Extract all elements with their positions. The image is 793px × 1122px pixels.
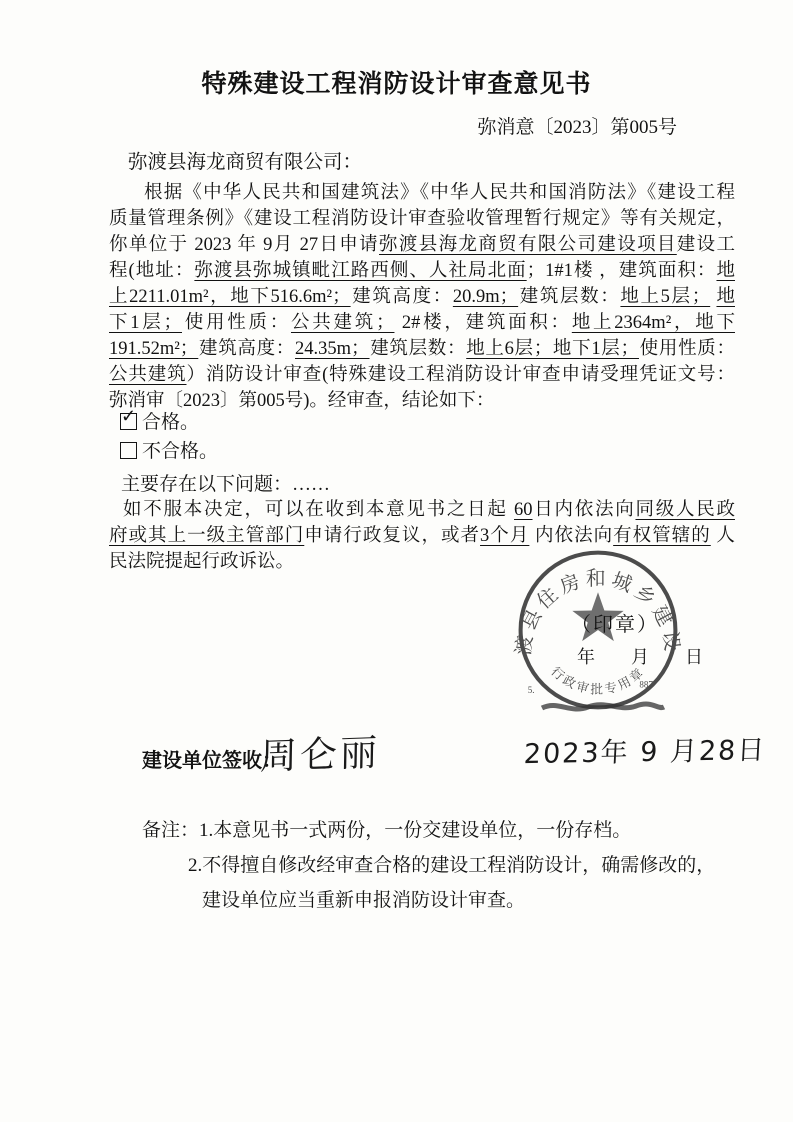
notes: 备注：1.本意见书一式两份，一份交建设单位，一份存档。2.不得擅自修改经审查合格… (142, 813, 742, 918)
text-line: 根据《中华人民共和国建筑法》《中华人民共和国消防法》《建设工程 (109, 180, 735, 206)
text-line: 上2211.01m²，地下516.6m²；建筑高度：20.9m；建筑层数：地上5… (109, 284, 735, 310)
body-paragraph: 根据《中华人民共和国建筑法》《中华人民共和国消防法》《建设工程质量管理条例》《建… (109, 180, 735, 414)
note-line: 建设单位应当重新申报消防设计审查。 (202, 883, 742, 918)
text-segment: 建筑高度： (351, 287, 453, 307)
text-segment: 申请行政复议，或者 (304, 526, 480, 546)
filled-in-value: 地 (716, 261, 735, 281)
conclusion-options: ✓合格。不合格。 (120, 408, 218, 466)
seal-date-line: 年 月 日 (577, 643, 703, 669)
text-segment: 使用性质： (182, 313, 291, 333)
filled-in-value: 同级人民政 (635, 500, 734, 520)
text-segment: 建筑层数： (370, 339, 467, 359)
conclusion-option-label: 合格。 (142, 412, 199, 433)
filled-in-value: 弥渡县弥城镇毗江路西侧、人社局北面 (194, 261, 526, 281)
filled-in-value: 24.35m； (295, 339, 370, 359)
seal-serial-right: 887 (639, 680, 653, 690)
text-segment: 建筑高度： (198, 339, 295, 359)
filled-in-value: 地上6层；地下1层； (466, 339, 639, 359)
check-mark-icon: ✓ (121, 410, 136, 423)
text-segment: 2#楼，建筑面积： (394, 313, 571, 333)
conclusion-option: ✓合格。 (120, 408, 218, 437)
filled-in-value: 20.9m； (453, 287, 518, 307)
checked-checkbox-icon: ✓ (120, 413, 137, 430)
text-line: 质量管理条例》《建设工程消防设计审查验收管理暂行规定》等有关规定， (109, 206, 735, 232)
problems-line: 主要存在以下问题：…… (121, 469, 330, 496)
text-segment: 民法院提起行政诉讼。 (109, 552, 294, 572)
conclusion-option-label: 不合格。 (142, 441, 218, 462)
text-segment: 建筑层数： (518, 287, 620, 307)
text-segment: 建设工 (677, 235, 735, 255)
text-segment: 如不服本决定，可以在收到本意见书之日起 (123, 500, 514, 520)
note-line: 备注：1.本意见书一式两份，一份交建设单位，一份存档。 (142, 813, 742, 848)
filled-in-value: 地 (716, 287, 735, 307)
conclusion-option: 不合格。 (120, 437, 218, 466)
text-line: 程(地址：弥渡县弥城镇毗江路西侧、人社局北面；1#1楼 ，建筑面积：地 (109, 258, 735, 284)
text-line: 如不服本决定，可以在收到本意见书之日起 60日内依法向同级人民政 (109, 497, 735, 523)
page-title: 特殊建设工程消防设计审查意见书 (0, 64, 793, 100)
handwritten-date: 2023年 9 月28日 (523, 728, 767, 771)
filled-in-value: 弥渡县海龙商贸有限公司建设项目 (379, 235, 677, 255)
filled-in-value: 公共建筑； (291, 313, 394, 333)
svg-text:弥渡县住房和城乡建设局: 弥渡县住房和城乡建设局 (508, 540, 683, 657)
filled-in-value: 地上2364m²，地下 (572, 313, 735, 333)
text-line: 下1层；使用性质：公共建筑； 2#楼，建筑面积：地上2364m²，地下 (109, 310, 735, 336)
text-segment: 日内依法向 (533, 500, 636, 520)
seal-print-label: （印章） (571, 608, 659, 637)
text-line: 191.52m²；建筑高度：24.35m；建筑层数：地上6层；地下1层；使用性质… (109, 336, 735, 362)
filled-in-value: 地上5层； (620, 287, 710, 307)
ink-smudge-icon (538, 696, 668, 718)
text-segment: 人 (711, 526, 735, 546)
text-segment: ）消防设计审查(特殊建设工程消防设计审查申请受理凭证文号： (186, 365, 735, 385)
text-segment: 你单位于 2023 年 9月 27日申请 (109, 235, 379, 255)
filled-in-value: 下1层； (109, 313, 182, 333)
text-segment: 程(地址： (109, 261, 194, 281)
text-line: 公共建筑）消防设计审查(特殊建设工程消防设计审查申请受理凭证文号： (109, 362, 735, 388)
filled-in-value: 60 (514, 500, 533, 520)
seal-org-text: 弥渡县住房和城乡建设局 (508, 540, 683, 657)
unchecked-checkbox-icon (120, 442, 137, 459)
handwritten-signature: 周仑丽 (260, 722, 381, 780)
filled-in-value: 公共建筑 (109, 365, 186, 385)
filled-in-value: 上2211.01m²，地下516.6m²； (109, 287, 351, 307)
filled-in-value: 府或其上一级主管部门 (109, 526, 304, 546)
doc-number: 弥消意〔2023〕第005号 (109, 112, 733, 139)
text-segment: ；1#1楼 ，建筑面积： (527, 261, 717, 281)
text-segment: 质量管理条例》《建设工程消防设计审查验收管理暂行规定》等有关规定， (109, 209, 735, 229)
filled-in-value: 191.52m²； (109, 339, 198, 359)
addressee: 弥渡县海龙商贸有限公司： (128, 146, 362, 174)
text-line: 你单位于 2023 年 9月 27日申请弥渡县海龙商贸有限公司建设项目建设工 (109, 232, 735, 258)
seal-serial-left: 5. (528, 685, 535, 695)
note-line: 2.不得擅自修改经审查合格的建设工程消防设计，确需修改的， (188, 848, 742, 883)
scanned-document-page: 特殊建设工程消防设计审查意见书 弥消意〔2023〕第005号 弥渡县海龙商贸有限… (0, 0, 793, 1122)
text-segment: 使用性质： (639, 339, 735, 359)
text-segment: 根据《中华人民共和国建筑法》《中华人民共和国消防法》《建设工程 (144, 183, 735, 203)
